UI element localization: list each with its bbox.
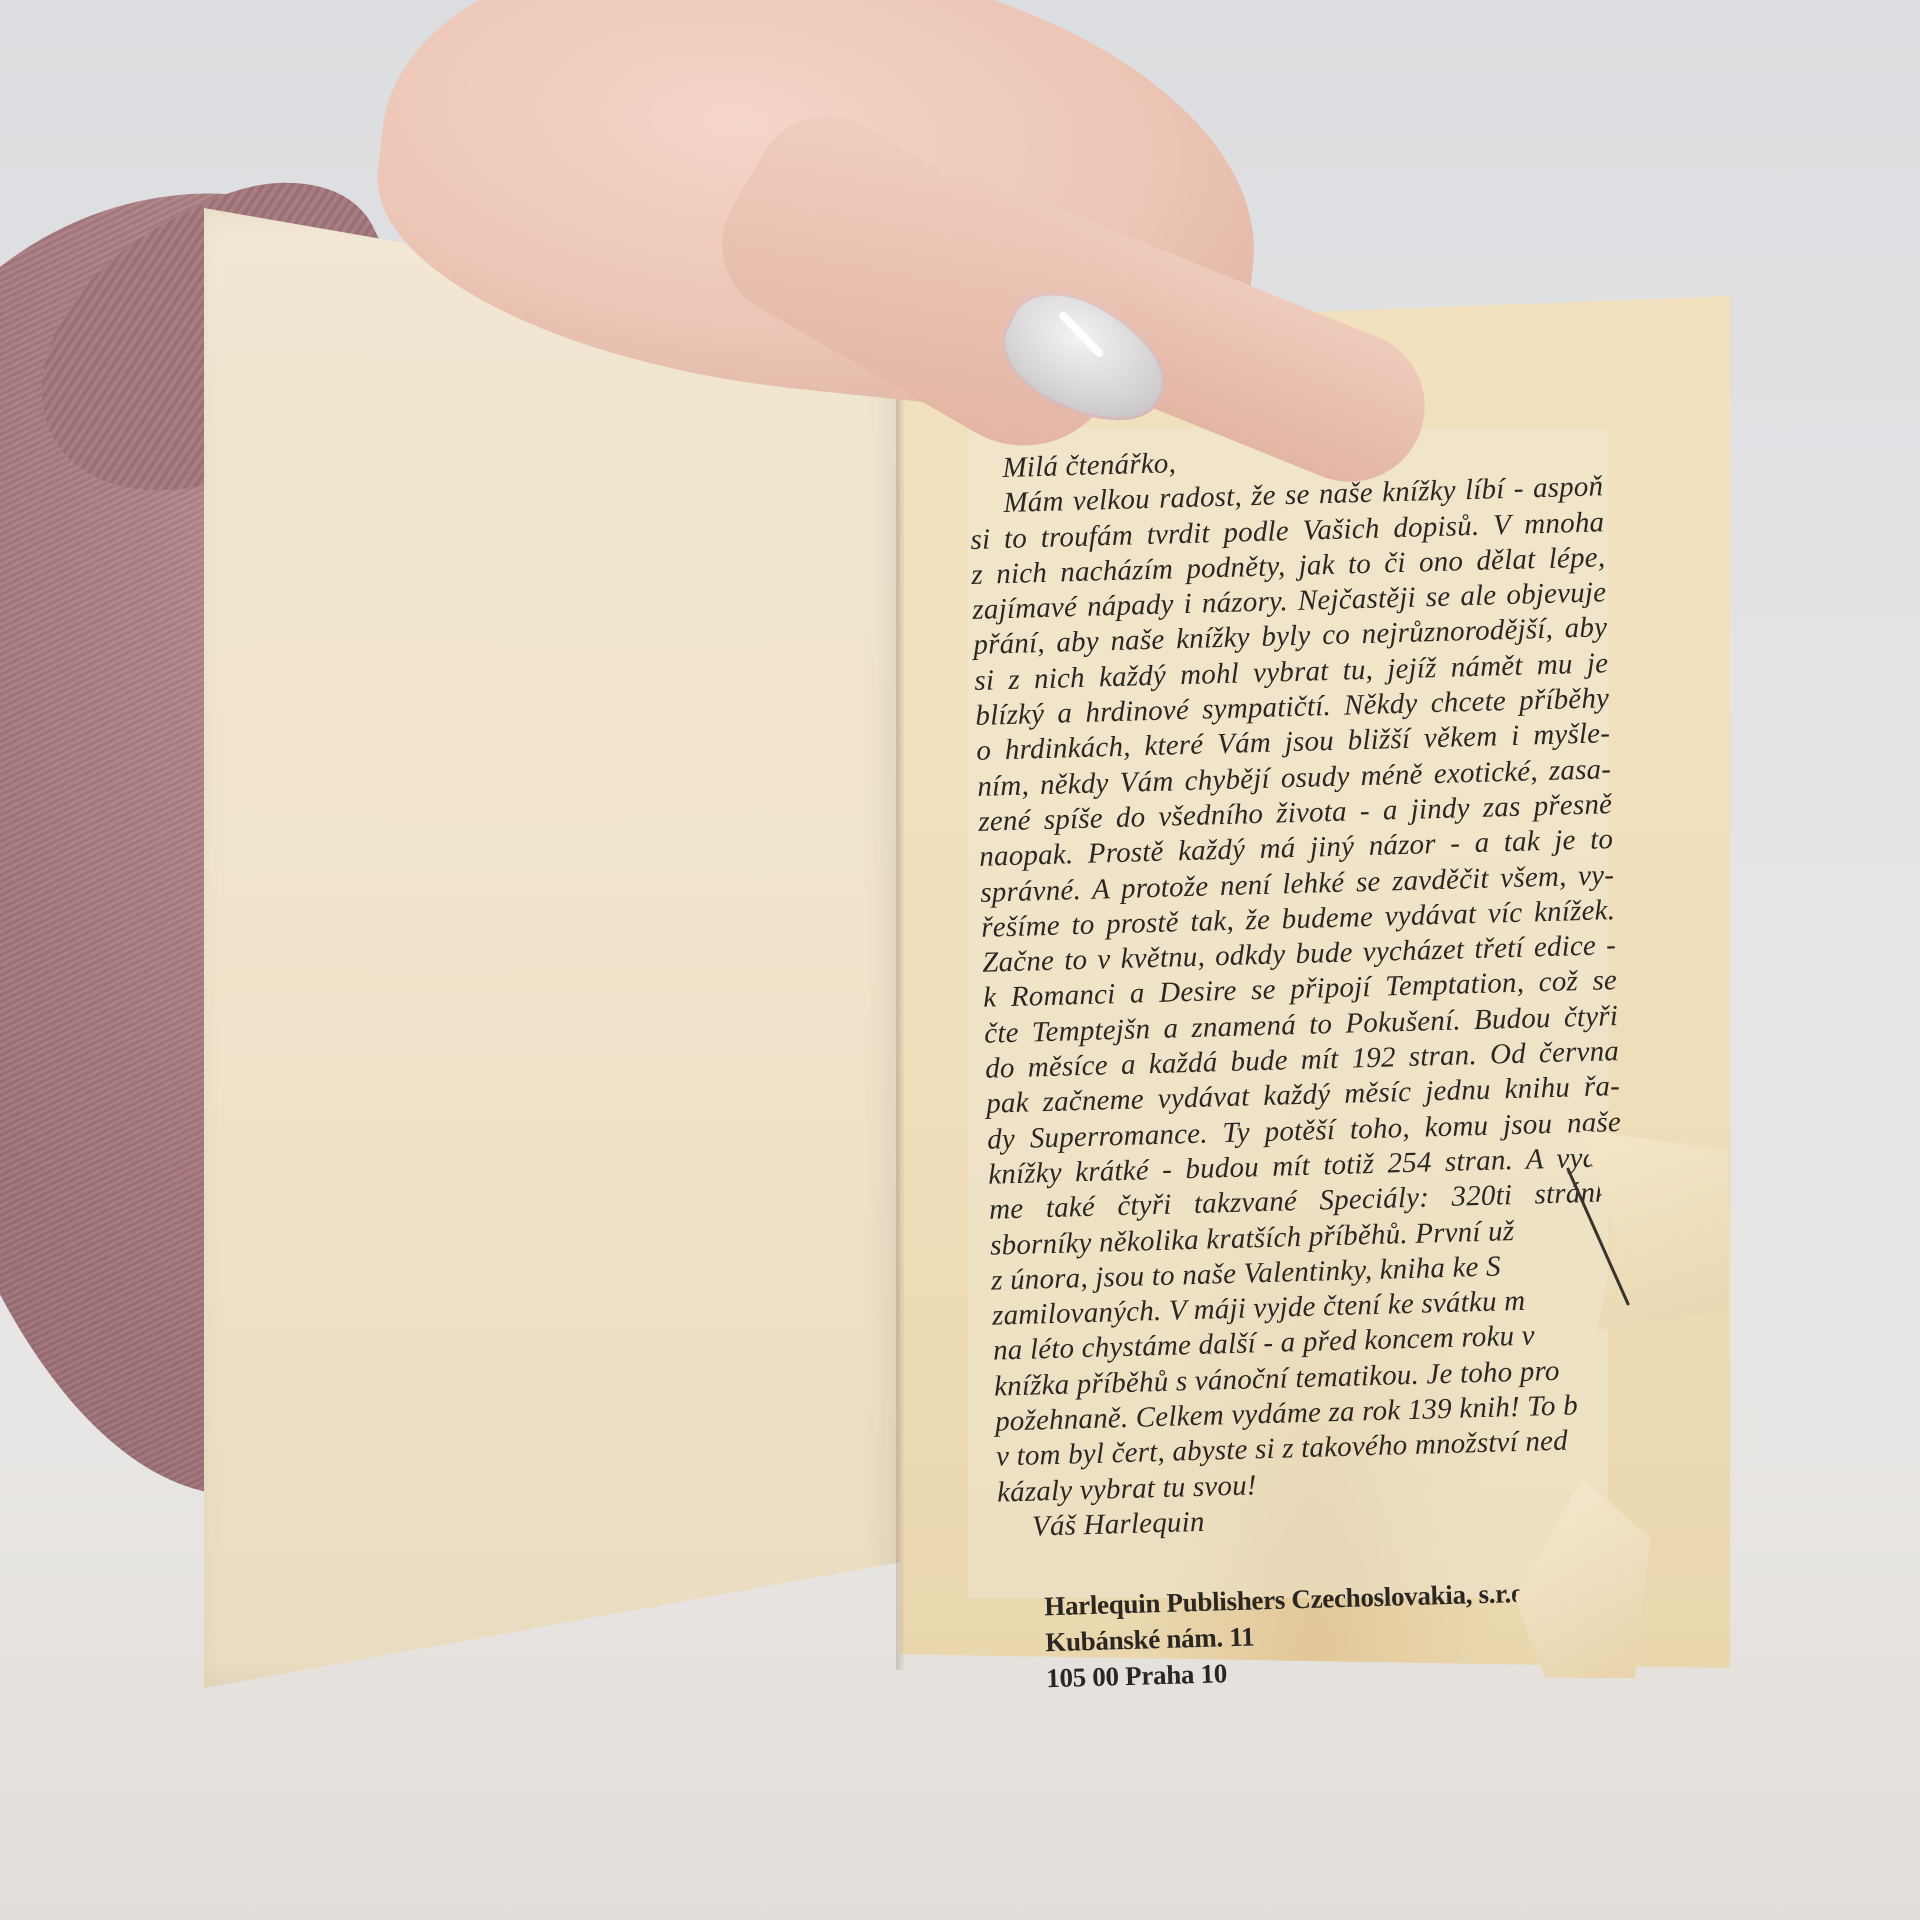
letter-body: Mám velkou radost, že se naše knížky líb…: [969, 469, 1647, 1510]
book-gutter: [896, 290, 904, 1670]
photo-scene: Milá čtenářko, Mám velkou radost, že se …: [0, 0, 1920, 1920]
publisher-letter: Milá čtenářko, Mám velkou radost, že se …: [968, 434, 1653, 1698]
left-page-blank: [204, 208, 900, 1688]
